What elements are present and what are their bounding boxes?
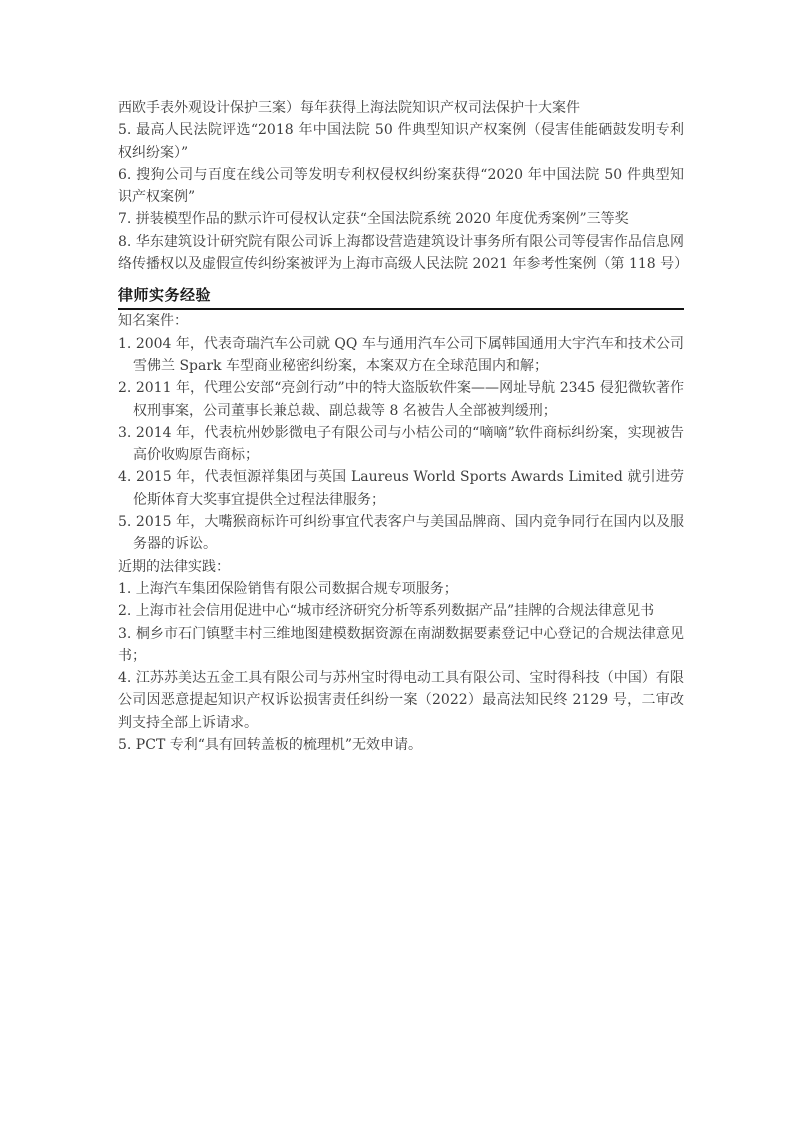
award-list-item-6: 6. 搜狗公司与百度在线公司等发明专利权侵权纠纷案获得“2020 年中国法院 5… (118, 164, 684, 209)
known-case-item-5: 5. 2015 年，大嘴猴商标许可纠纷事宜代表客户与美国品牌商、国内竞争同行在国… (118, 511, 684, 556)
recent-practice-item-5: 5. PCT 专利“具有回转盖板的梳理机”无效申请。 (118, 734, 684, 756)
recent-practice-item-3: 3. 桐乡市石门镇墅丰村三维地图建模数据资源在南湖数据要素登记中心登记的合规法律… (118, 623, 684, 668)
document-body: 西欧手表外观设计保护三案）每年获得上海法院知识产权司法保护十大案件 5. 最高人… (118, 97, 684, 756)
award-list-item-5: 5. 最高人民法院评选“2018 年中国法院 50 件典型知识产权案例（侵害佳能… (118, 119, 684, 164)
recent-practice-label: 近期的法律实践： (118, 556, 684, 578)
known-cases-label: 知名案件： (118, 310, 684, 332)
recent-practice-item-1: 1. 上海汽车集团保险销售有限公司数据合规专项服务； (118, 578, 684, 600)
award-list-item-7: 7. 拼装模型作品的默示许可侵权认定获“全国法院系统 2020 年度优秀案例”三… (118, 208, 684, 230)
known-case-item-4: 4. 2015 年，代表恒源祥集团与英国 Laureus World Sport… (118, 466, 684, 511)
recent-practice-item-2: 2. 上海市社会信用促进中心“城市经济研究分析等系列数据产品”挂牌的合规法律意见… (118, 600, 684, 622)
known-case-item-2: 2. 2011 年，代理公安部“亮剑行动”中的特大盗版软件案——网址导航 234… (118, 377, 684, 422)
document-page: 西欧手表外观设计保护三案）每年获得上海法院知识产权司法保护十大案件 5. 最高人… (0, 0, 799, 1131)
section-heading: 律师实务经验 (118, 285, 684, 305)
known-case-item-1: 1. 2004 年，代表奇瑞汽车公司就 QQ 车与通用汽车公司下属韩国通用大宇汽… (118, 333, 684, 378)
known-case-item-3: 3. 2014 年，代表杭州妙影微电子有限公司与小桔公司的“嘀嘀”软件商标纠纷案… (118, 422, 684, 467)
continued-text-line: 西欧手表外观设计保护三案）每年获得上海法院知识产权司法保护十大案件 (118, 97, 684, 119)
recent-practice-item-4: 4. 江苏苏美达五金工具有限公司与苏州宝时得电动工具有限公司、宝时得科技（中国）… (118, 667, 684, 734)
award-list-item-8: 8. 华东建筑设计研究院有限公司诉上海都设营造建筑设计事务所有限公司等侵害作品信… (118, 231, 684, 276)
